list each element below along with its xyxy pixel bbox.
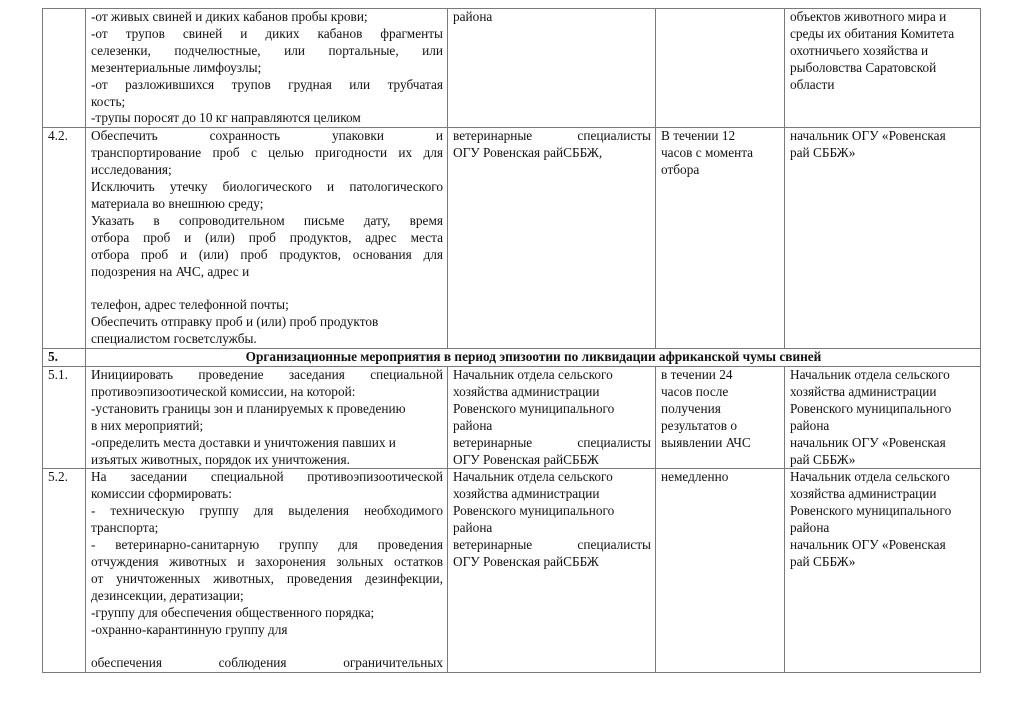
- cell-text-line: рай СББЖ»: [790, 145, 976, 162]
- cell-text-line: часов с момента: [661, 145, 780, 162]
- cell-text-line: ОГУ Ровенская райСББЖ: [453, 452, 651, 469]
- term-cell: В течении 12часов с моментаотбора: [656, 128, 785, 349]
- cell-text-line: среды их обитания Комитета: [790, 26, 976, 43]
- cell-text-line: отчуждения животных и захоронения зольны…: [91, 554, 443, 571]
- cell-text-line: немедленно: [661, 469, 780, 486]
- term-cell: в течении 24часов послеполучениярезульта…: [656, 367, 785, 469]
- cell-text-line: Начальник отдела сельского: [453, 367, 651, 384]
- table-row: -от живых свиней и диких кабанов пробы к…: [43, 9, 981, 128]
- cell-text-line: - техническую группу для выделения необх…: [91, 503, 443, 520]
- cell-text-line: от уничтоженных животных, проведения дез…: [91, 571, 443, 588]
- cell-text-line: -установить границы зон и планируемых к …: [91, 401, 443, 418]
- cell-text-line: транспортирование проб с целью пригоднос…: [91, 145, 443, 162]
- executor-cell: ветеринарные специалистыОГУ Ровенская ра…: [448, 128, 656, 349]
- cell-text-line: Ровенского муниципального: [453, 503, 651, 520]
- cell-text-line: объектов животного мира и: [790, 9, 976, 26]
- cell-text-line: ОГУ Ровенская райСББЖ: [453, 554, 651, 571]
- item-number-cell: 5.1.: [43, 367, 86, 469]
- cell-text-line: -определить места доставки и уничтожения…: [91, 435, 443, 452]
- table-row: 5.2. На заседании специальной противоэпи…: [43, 469, 981, 673]
- cell-text-line: Ровенского муниципального: [790, 401, 976, 418]
- cell-text-line: [91, 281, 443, 298]
- cell-text-line: отбора: [661, 162, 780, 179]
- responsible-cell: Начальник отдела сельскогохозяйства адми…: [785, 367, 981, 469]
- item-number: 4.2.: [48, 128, 68, 143]
- cell-text-line: хозяйства администрации: [790, 384, 976, 401]
- cell-text-line: Исключить утечку биологического и патоло…: [91, 179, 443, 196]
- cell-text-line: -группу для обеспечения общественного по…: [91, 605, 443, 622]
- action-cell: Инициировать проведение заседания специа…: [86, 367, 448, 469]
- section-number-cell: 5.: [43, 349, 86, 367]
- cell-text-line: -охранно-карантинную группу для: [91, 622, 443, 639]
- cell-text-line: хозяйства администрации: [790, 486, 976, 503]
- cell-text-line: охотничьего хозяйства и: [790, 43, 976, 60]
- executor-cell: района: [448, 9, 656, 128]
- cell-text-line: хозяйства администрации: [453, 486, 651, 503]
- cell-text-line: района: [453, 418, 651, 435]
- executor-cell: Начальник отдела сельскогохозяйства адми…: [448, 367, 656, 469]
- cell-text-line: Начальник отдела сельского: [453, 469, 651, 486]
- cell-text-line: кость;: [91, 94, 443, 111]
- cell-text-line: материала во внешнюю среду;: [91, 196, 443, 213]
- cell-text-line: в течении 24: [661, 367, 780, 384]
- cell-text-line: Ровенского муниципального: [790, 503, 976, 520]
- cell-text-line: селезенки, подчелюстные, или портальные,…: [91, 43, 443, 60]
- executor-cell: Начальник отдела сельскогохозяйства адми…: [448, 469, 656, 673]
- cell-text-line: Инициировать проведение заседания специа…: [91, 367, 443, 384]
- cell-text-line: отбора проб и (или) проб продуктов, осно…: [91, 247, 443, 264]
- cell-text-line: На заседании специальной противоэпизооти…: [91, 469, 443, 486]
- item-number: 5.1.: [48, 367, 68, 382]
- cell-text-line: хозяйства администрации: [453, 384, 651, 401]
- cell-text-line: [91, 639, 443, 656]
- cell-text-line: Начальник отдела сельского: [790, 469, 976, 486]
- cell-text-line: Начальник отдела сельского: [790, 367, 976, 384]
- action-cell: -от живых свиней и диких кабанов пробы к…: [86, 9, 448, 128]
- cell-text-line: рай СББЖ»: [790, 554, 976, 571]
- action-cell: На заседании специальной противоэпизооти…: [86, 469, 448, 673]
- item-number-cell: 4.2.: [43, 128, 86, 349]
- cell-text-line: ветеринарные специалисты: [453, 128, 651, 145]
- term-cell: [656, 9, 785, 128]
- cell-text-line: ветеринарные специалисты: [453, 537, 651, 554]
- cell-text-line: дезинсекции, дератизации;: [91, 588, 443, 605]
- cell-text-line: начальник ОГУ «Ровенская: [790, 128, 976, 145]
- item-number-cell: [43, 9, 86, 128]
- cell-text-line: В течении 12: [661, 128, 780, 145]
- cell-text-line: района: [790, 520, 976, 537]
- cell-text-line: комиссии сформировать:: [91, 486, 443, 503]
- cell-text-line: -от трупов свиней и диких кабанов фрагме…: [91, 26, 443, 43]
- cell-text-line: - ветеринарно-санитарную группу для пров…: [91, 537, 443, 554]
- cell-text-line: Обеспечить сохранность упаковки и: [91, 128, 443, 145]
- cell-text-line: начальник ОГУ «Ровенская: [790, 435, 976, 452]
- table-row: 4.2. Обеспечить сохранность упаковки итр…: [43, 128, 981, 349]
- cell-text-line: противоэпизоотической комиссии, на котор…: [91, 384, 443, 401]
- cell-text-line: Обеспечить отправку проб и (или) проб пр…: [91, 314, 443, 331]
- cell-text-line: специалистом госветслужбы.: [91, 331, 443, 348]
- cell-text-line: обеспечения соблюдения ограничительных: [91, 655, 443, 672]
- item-number-cell: 5.2.: [43, 469, 86, 673]
- cell-text-line: отбора проб и (или) проб продуктов, адре…: [91, 230, 443, 247]
- cell-text-line: результатов о: [661, 418, 780, 435]
- measures-plan-table: -от живых свиней и диких кабанов пробы к…: [42, 8, 981, 673]
- cell-text-line: начальник ОГУ «Ровенская: [790, 537, 976, 554]
- cell-text-line: рыболовства Саратовской: [790, 60, 976, 77]
- cell-text-line: в них мероприятий;: [91, 418, 443, 435]
- cell-text-line: -трупы поросят до 10 кг направляются цел…: [91, 110, 443, 127]
- cell-text-line: выявлении АЧС: [661, 435, 780, 452]
- cell-text-line: транспорта;: [91, 520, 443, 537]
- cell-text-line: мезентериальные лимфоузлы;: [91, 60, 443, 77]
- cell-text-line: области: [790, 77, 976, 94]
- cell-text-line: ветеринарные специалисты: [453, 435, 651, 452]
- cell-text-line: исследования;: [91, 162, 443, 179]
- responsible-cell: Начальник отдела сельскогохозяйства адми…: [785, 469, 981, 673]
- cell-text-line: района: [453, 9, 651, 26]
- cell-text-line: Указать в сопроводительном письме дату, …: [91, 213, 443, 230]
- item-number: 5.2.: [48, 469, 68, 484]
- term-cell: немедленно: [656, 469, 785, 673]
- cell-text-line: подозрения на АЧС, адрес и: [91, 264, 443, 281]
- table-row: 5.1. Инициировать проведение заседания с…: [43, 367, 981, 469]
- section-number: 5.: [48, 349, 58, 364]
- cell-text-line: изъятых животных, порядок их уничтожения…: [91, 452, 443, 469]
- cell-text-line: района: [453, 520, 651, 537]
- responsible-cell: начальник ОГУ «Ровенскаярай СББЖ»: [785, 128, 981, 349]
- cell-text-line: -от разложившихся трупов грудная или тру…: [91, 77, 443, 94]
- cell-text-line: телефон, адрес телефонной почты;: [91, 297, 443, 314]
- cell-text-line: -от живых свиней и диких кабанов пробы к…: [91, 9, 443, 26]
- cell-text-line: Ровенского муниципального: [453, 401, 651, 418]
- cell-text-line: получения: [661, 401, 780, 418]
- cell-text-line: часов после: [661, 384, 780, 401]
- responsible-cell: объектов животного мира исреды их обитан…: [785, 9, 981, 128]
- section-header-row: 5. Организационные мероприятия в период …: [43, 349, 981, 367]
- action-cell: Обеспечить сохранность упаковки итранспо…: [86, 128, 448, 349]
- section-title: Организационные мероприятия в период эпи…: [86, 349, 981, 367]
- cell-text-line: ОГУ Ровенская райСББЖ,: [453, 145, 651, 162]
- cell-text-line: района: [790, 418, 976, 435]
- cell-text-line: рай СББЖ»: [790, 452, 976, 469]
